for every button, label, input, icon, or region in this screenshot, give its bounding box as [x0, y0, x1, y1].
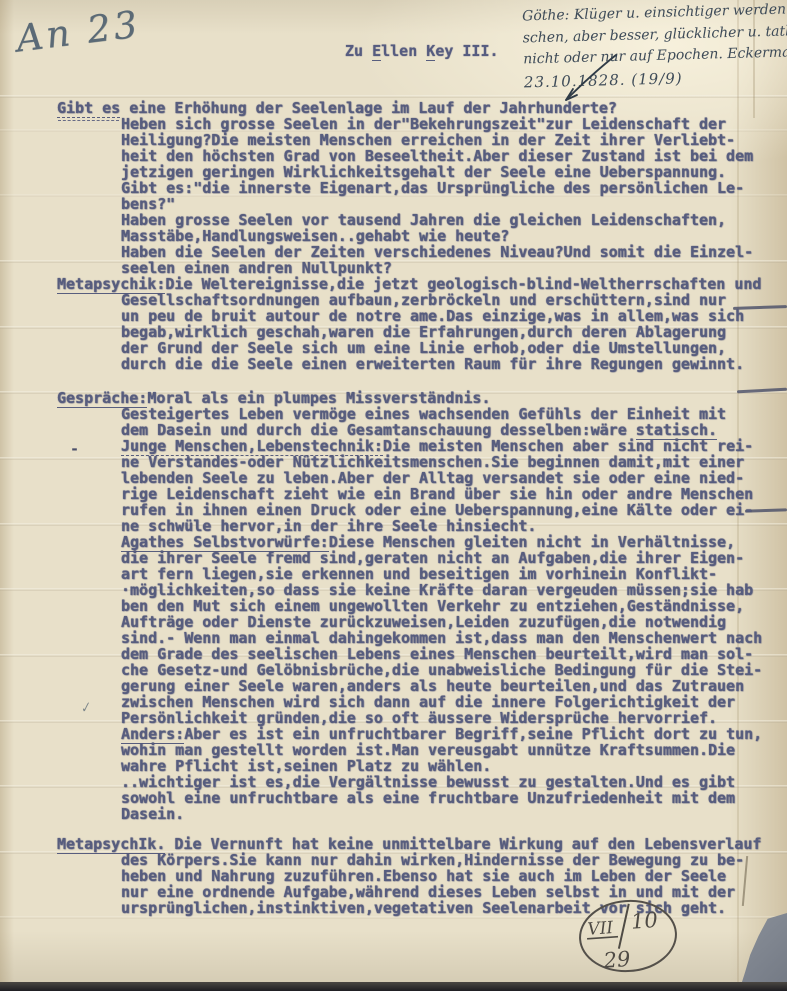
typed-line: Masstäbe,Handlungsweisen..gehabt wie heu… [121, 228, 787, 244]
typed-line: Haben grosse Seelen vor tausend Jahren d… [121, 212, 787, 228]
scan-edge-shadow [0, 982, 787, 991]
typed-line: begab,wirklich geschah,waren die Erfahru… [121, 324, 787, 340]
typed-line: Anders:Aber es ist ein unfruchtbarer Beg… [121, 726, 787, 742]
archive-stamp: VII 10 29 [574, 896, 682, 980]
typed-line: Aufträge oder Dienste zurückzuweisen,Lei… [121, 614, 787, 630]
archive-number: An 23 [14, 3, 143, 61]
typed-title-segment: K [426, 42, 435, 61]
scanned-typescript-page: An 23 Zu Ellen Key III. Göthe: Klüger u.… [0, 0, 787, 991]
typed-text: sowohl eine unfruchtbare als eine frucht… [121, 789, 735, 807]
typed-line: Gesellschaftsordnungen aufbaun,zerbröcke… [121, 292, 787, 308]
typed-line: ursprünglichen,instinktiven,vegetativen … [121, 900, 787, 916]
typed-line: dem Dasein und durch die Gesamtanschauun… [121, 422, 787, 438]
paper-crease-line [0, 95, 787, 98]
typed-line: Junge Menschen,Lebenstechnik:Die meisten… [121, 438, 787, 454]
typed-line: Gibt es eine Erhöhung der Seelenlage im … [57, 100, 787, 116]
typed-line: ne schwüle hervor,in der ihre Seele hins… [121, 518, 787, 534]
typed-text: Gibt es:"die innerste Eigenart,das Urspr… [121, 179, 744, 197]
typed-line: ne Verstandes-oder Nützlichkeitsmenschen… [121, 454, 787, 470]
typed-line: zwischen Menschen wird sich dann auf die… [121, 694, 787, 710]
typed-line: heit den höchsten Grad von Beseeltheit.A… [121, 148, 787, 164]
typed-line: sind.- Wenn man einmal dahingekommen ist… [121, 630, 787, 646]
typed-line: Gibt es:"die innerste Eigenart,das Urspr… [121, 180, 787, 196]
typed-line: jetzigen geringen Wirklichkeitsgehalt de… [121, 164, 787, 180]
typed-line: Heben sich grosse Seelen in der"Bekehrun… [121, 116, 787, 132]
typed-line: durch die die Seele einen erweiterten Ra… [121, 356, 787, 372]
typed-line: Persönlichkeit gründen,die so oft äusser… [121, 710, 787, 726]
typed-line: un peu de bruit autour de notre ame.Das … [121, 308, 787, 324]
typed-line: heben und Nahrung zuzuführen.Ebenso hat … [121, 868, 787, 884]
margin-dash-mark: - [70, 440, 79, 458]
typed-line: rufen in ihnen einen Druck oder eine Ueb… [121, 502, 787, 518]
typed-line: seelen einen andren Nullpunkt? [121, 260, 787, 276]
typed-line: gerung einer Seele waren,anders als heut… [121, 678, 787, 694]
typed-heading: Gibt es [57, 99, 120, 118]
stamp-number: 29 [602, 947, 631, 973]
typed-line: dem Grade des seelischen Lebens eines Me… [121, 646, 787, 662]
typed-line: ·möglichkeiten,so dass sie keine Kräfte … [121, 582, 787, 598]
typed-line: che Gesetz-und Gelöbnisbrüche,die unabwe… [121, 662, 787, 678]
paper-stain [741, 913, 787, 985]
typed-line: ..wichtiger ist es,die Vergältnisse bewu… [121, 774, 787, 790]
typed-line: Haben die Seelen der Zeiten verschiedene… [121, 244, 787, 260]
typed-title: Zu Ellen Key III. [345, 42, 499, 60]
typed-line: wohin man gestellt worden ist.Man vereus… [121, 742, 787, 758]
typed-line: Agathes Selbstvorwürfe:Diese Menschen gl… [121, 534, 787, 550]
typed-line: Gesteigertes Leben vermöge eines wachsen… [121, 406, 787, 422]
typed-line: MetapsychIk. Die Vernunft hat keine unmi… [57, 836, 787, 852]
typed-line: der Grund der Seele sich um eine Linie e… [121, 340, 787, 356]
typed-line: Dasein. [121, 806, 787, 822]
stamp-denominator: 10 [630, 908, 658, 934]
typed-text: Dasein. [121, 805, 184, 823]
typed-line: Heiligung?Die meisten Menschen erreichen… [121, 132, 787, 148]
typed-line: die ihrer Seele fremd sind,geraten nicht… [121, 550, 787, 566]
typed-line: art fern liegen,sie erkennen und beseiti… [121, 566, 787, 582]
typed-line: Metapsychik:Die Weltereignisse,die jetzt… [57, 276, 787, 292]
typed-title-segment: Zu [345, 42, 372, 60]
typed-line: ben den Mut sich einem ungewollten Verke… [121, 598, 787, 614]
typed-line: sowohl eine unfruchtbare als eine frucht… [121, 790, 787, 806]
typed-body: Gibt es eine Erhöhung der Seelenlage im … [0, 100, 787, 916]
typed-line: wahre Pflicht ist,seinen Platz zu wählen… [121, 758, 787, 774]
typed-line: des Körpers.Sie kann nur dahin wirken,Hi… [121, 852, 787, 868]
typed-title-segment: ey III. [435, 42, 498, 60]
typed-line: lebenden Seele zu leben.Aber der Alltag … [121, 470, 787, 486]
typed-title-segment: llen [381, 42, 426, 60]
typed-title-segment: E [372, 42, 381, 61]
typed-line: bens?" [121, 196, 787, 212]
typed-line: Gespräche:Moral als ein plumpes Missvers… [57, 390, 787, 406]
typed-line: rige Leidenschaft zieht wie ein Brand üb… [121, 486, 787, 502]
typed-line: nur eine ordnende Aufgabe,während dieses… [121, 884, 787, 900]
typed-text: durch die die Seele einen erweiterten Ra… [121, 355, 744, 373]
